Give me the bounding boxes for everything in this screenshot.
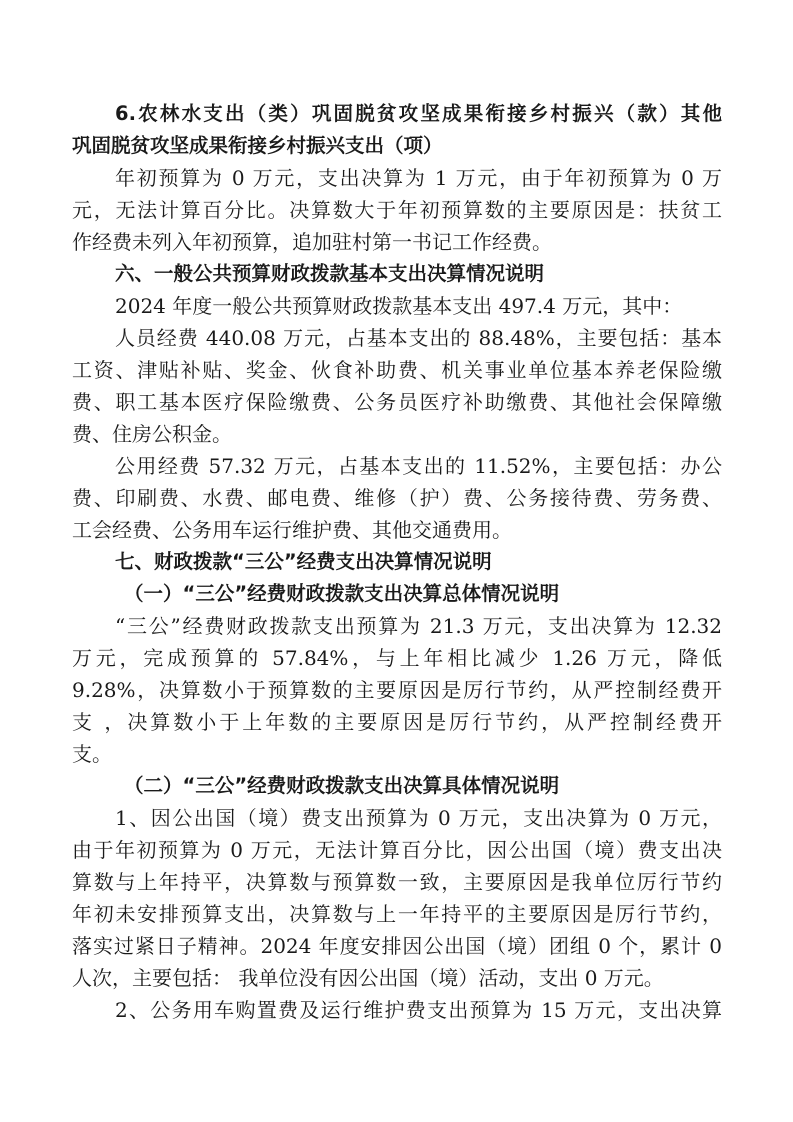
document-page: 6.农林水支出（类）巩固脱贫攻坚成果衔接乡村振兴（款）其他 巩固脱贫攻坚成果衔接… — [72, 98, 722, 1026]
paragraph-line: 元，无法计算百分比。决算数大于年初预算数的主要原因是：扶贫工 — [72, 194, 722, 226]
paragraph-line: 费、印刷费、水费、邮电费、维修（护）费、公务接待费、劳务费、 — [72, 482, 722, 514]
paragraph-line: 费、住房公积金。 — [72, 418, 722, 450]
paragraph-line: 2024 年度一般公共预算财政拨款基本支出 497.4 万元，其中： — [72, 290, 722, 322]
heading-line: （二）“三公”经费财政拨款支出决算具体情况说明 — [72, 770, 722, 802]
paragraph-line: 由于年初预算为 0 万元，无法计算百分比，因公出国（境）费支出决 — [72, 834, 722, 866]
overseas-travel: 1、因公出国（境）费支出预算为 0 万元，支出决算为 0 万元， 由于年初预算为… — [72, 802, 722, 994]
paragraph-line: 万元，完成预算的 57.84%，与上年相比减少 1.26 万元，降低 — [72, 642, 722, 674]
paragraph-line: 1、因公出国（境）费支出预算为 0 万元，支出决算为 0 万元， — [72, 802, 722, 834]
personnel-expenses: 人员经费 440.08 万元，占基本支出的 88.48%，主要包括：基本 工资、… — [72, 322, 722, 450]
subsection-1-heading: （一）“三公”经费财政拨款支出决算总体情况说明 — [72, 578, 722, 610]
paragraph-line: 公用经费 57.32 万元，占基本支出的 11.52%，主要包括：办公 — [72, 450, 722, 482]
three-public-overall: “三公”经费财政拨款支出预算为 21.3 万元，支出决算为 12.32 万元，完… — [72, 610, 722, 770]
paragraph-line: 落实过紧日子精神。2024 年度安排因公出国（境）团组 0 个，累计 0 — [72, 930, 722, 962]
paragraph-line: 年初预算为 0 万元，支出决算为 1 万元，由于年初预算为 0 万 — [72, 162, 722, 194]
heading-line: 七、财政拨款“三公”经费支出决算情况说明 — [72, 546, 722, 578]
paragraph-line: 工资、津贴补贴、奖金、伙食补助费、机关事业单位基本养老保险缴 — [72, 354, 722, 386]
public-expenses: 公用经费 57.32 万元，占基本支出的 11.52%，主要包括：办公 费、印刷… — [72, 450, 722, 546]
basic-expenditure-total: 2024 年度一般公共预算财政拨款基本支出 497.4 万元，其中： — [72, 290, 722, 322]
paragraph-line: 2、公务用车购置费及运行维护费支出预算为 15 万元，支出决算 — [72, 994, 722, 1026]
heading-line: 六、一般公共预算财政拨款基本支出决算情况说明 — [72, 258, 722, 290]
section-7-heading: 七、财政拨款“三公”经费支出决算情况说明 — [72, 546, 722, 578]
heading-line: （一）“三公”经费财政拨款支出决算总体情况说明 — [72, 578, 722, 610]
official-vehicles: 2、公务用车购置费及运行维护费支出预算为 15 万元，支出决算 — [72, 994, 722, 1026]
paragraph-line: 年初未安排预算支出，决算数与上一年持平的主要原因是厉行节约， — [72, 898, 722, 930]
paragraph-line: “三公”经费财政拨款支出预算为 21.3 万元，支出决算为 12.32 — [72, 610, 722, 642]
heading-line: 巩固脱贫攻坚成果衔接乡村振兴支出（项） — [72, 130, 722, 162]
paragraph-line: 工会经费、公务用车运行维护费、其他交通费用。 — [72, 514, 722, 546]
item-6-heading: 6.农林水支出（类）巩固脱贫攻坚成果衔接乡村振兴（款）其他 巩固脱贫攻坚成果衔接… — [72, 98, 722, 162]
subsection-2-heading: （二）“三公”经费财政拨款支出决算具体情况说明 — [72, 770, 722, 802]
paragraph-line: 算数与上年持平，决算数与预算数一致，主要原因是我单位厉行节约 — [72, 866, 722, 898]
paragraph-line: 作经费未列入年初预算，追加驻村第一书记工作经费。 — [72, 226, 722, 258]
paragraph-line: 人员经费 440.08 万元，占基本支出的 88.48%，主要包括：基本 — [72, 322, 722, 354]
paragraph-line: 支。 — [72, 738, 722, 770]
paragraph-line: 人次，主要包括： 我单位没有因公出国（境）活动，支出 0 万元。 — [72, 962, 722, 994]
paragraph-line: 9.28%，决算数小于预算数的主要原因是厉行节约，从严控制经费开 — [72, 674, 722, 706]
paragraph-line: 费、职工基本医疗保险缴费、公务员医疗补助缴费、其他社会保障缴 — [72, 386, 722, 418]
item-6-body: 年初预算为 0 万元，支出决算为 1 万元，由于年初预算为 0 万 元，无法计算… — [72, 162, 722, 258]
heading-line: 6.农林水支出（类）巩固脱贫攻坚成果衔接乡村振兴（款）其他 — [72, 98, 722, 130]
section-6-heading: 六、一般公共预算财政拨款基本支出决算情况说明 — [72, 258, 722, 290]
paragraph-line: 支 ，决算数小于上年数的主要原因是厉行节约，从严控制经费开 — [72, 706, 722, 738]
